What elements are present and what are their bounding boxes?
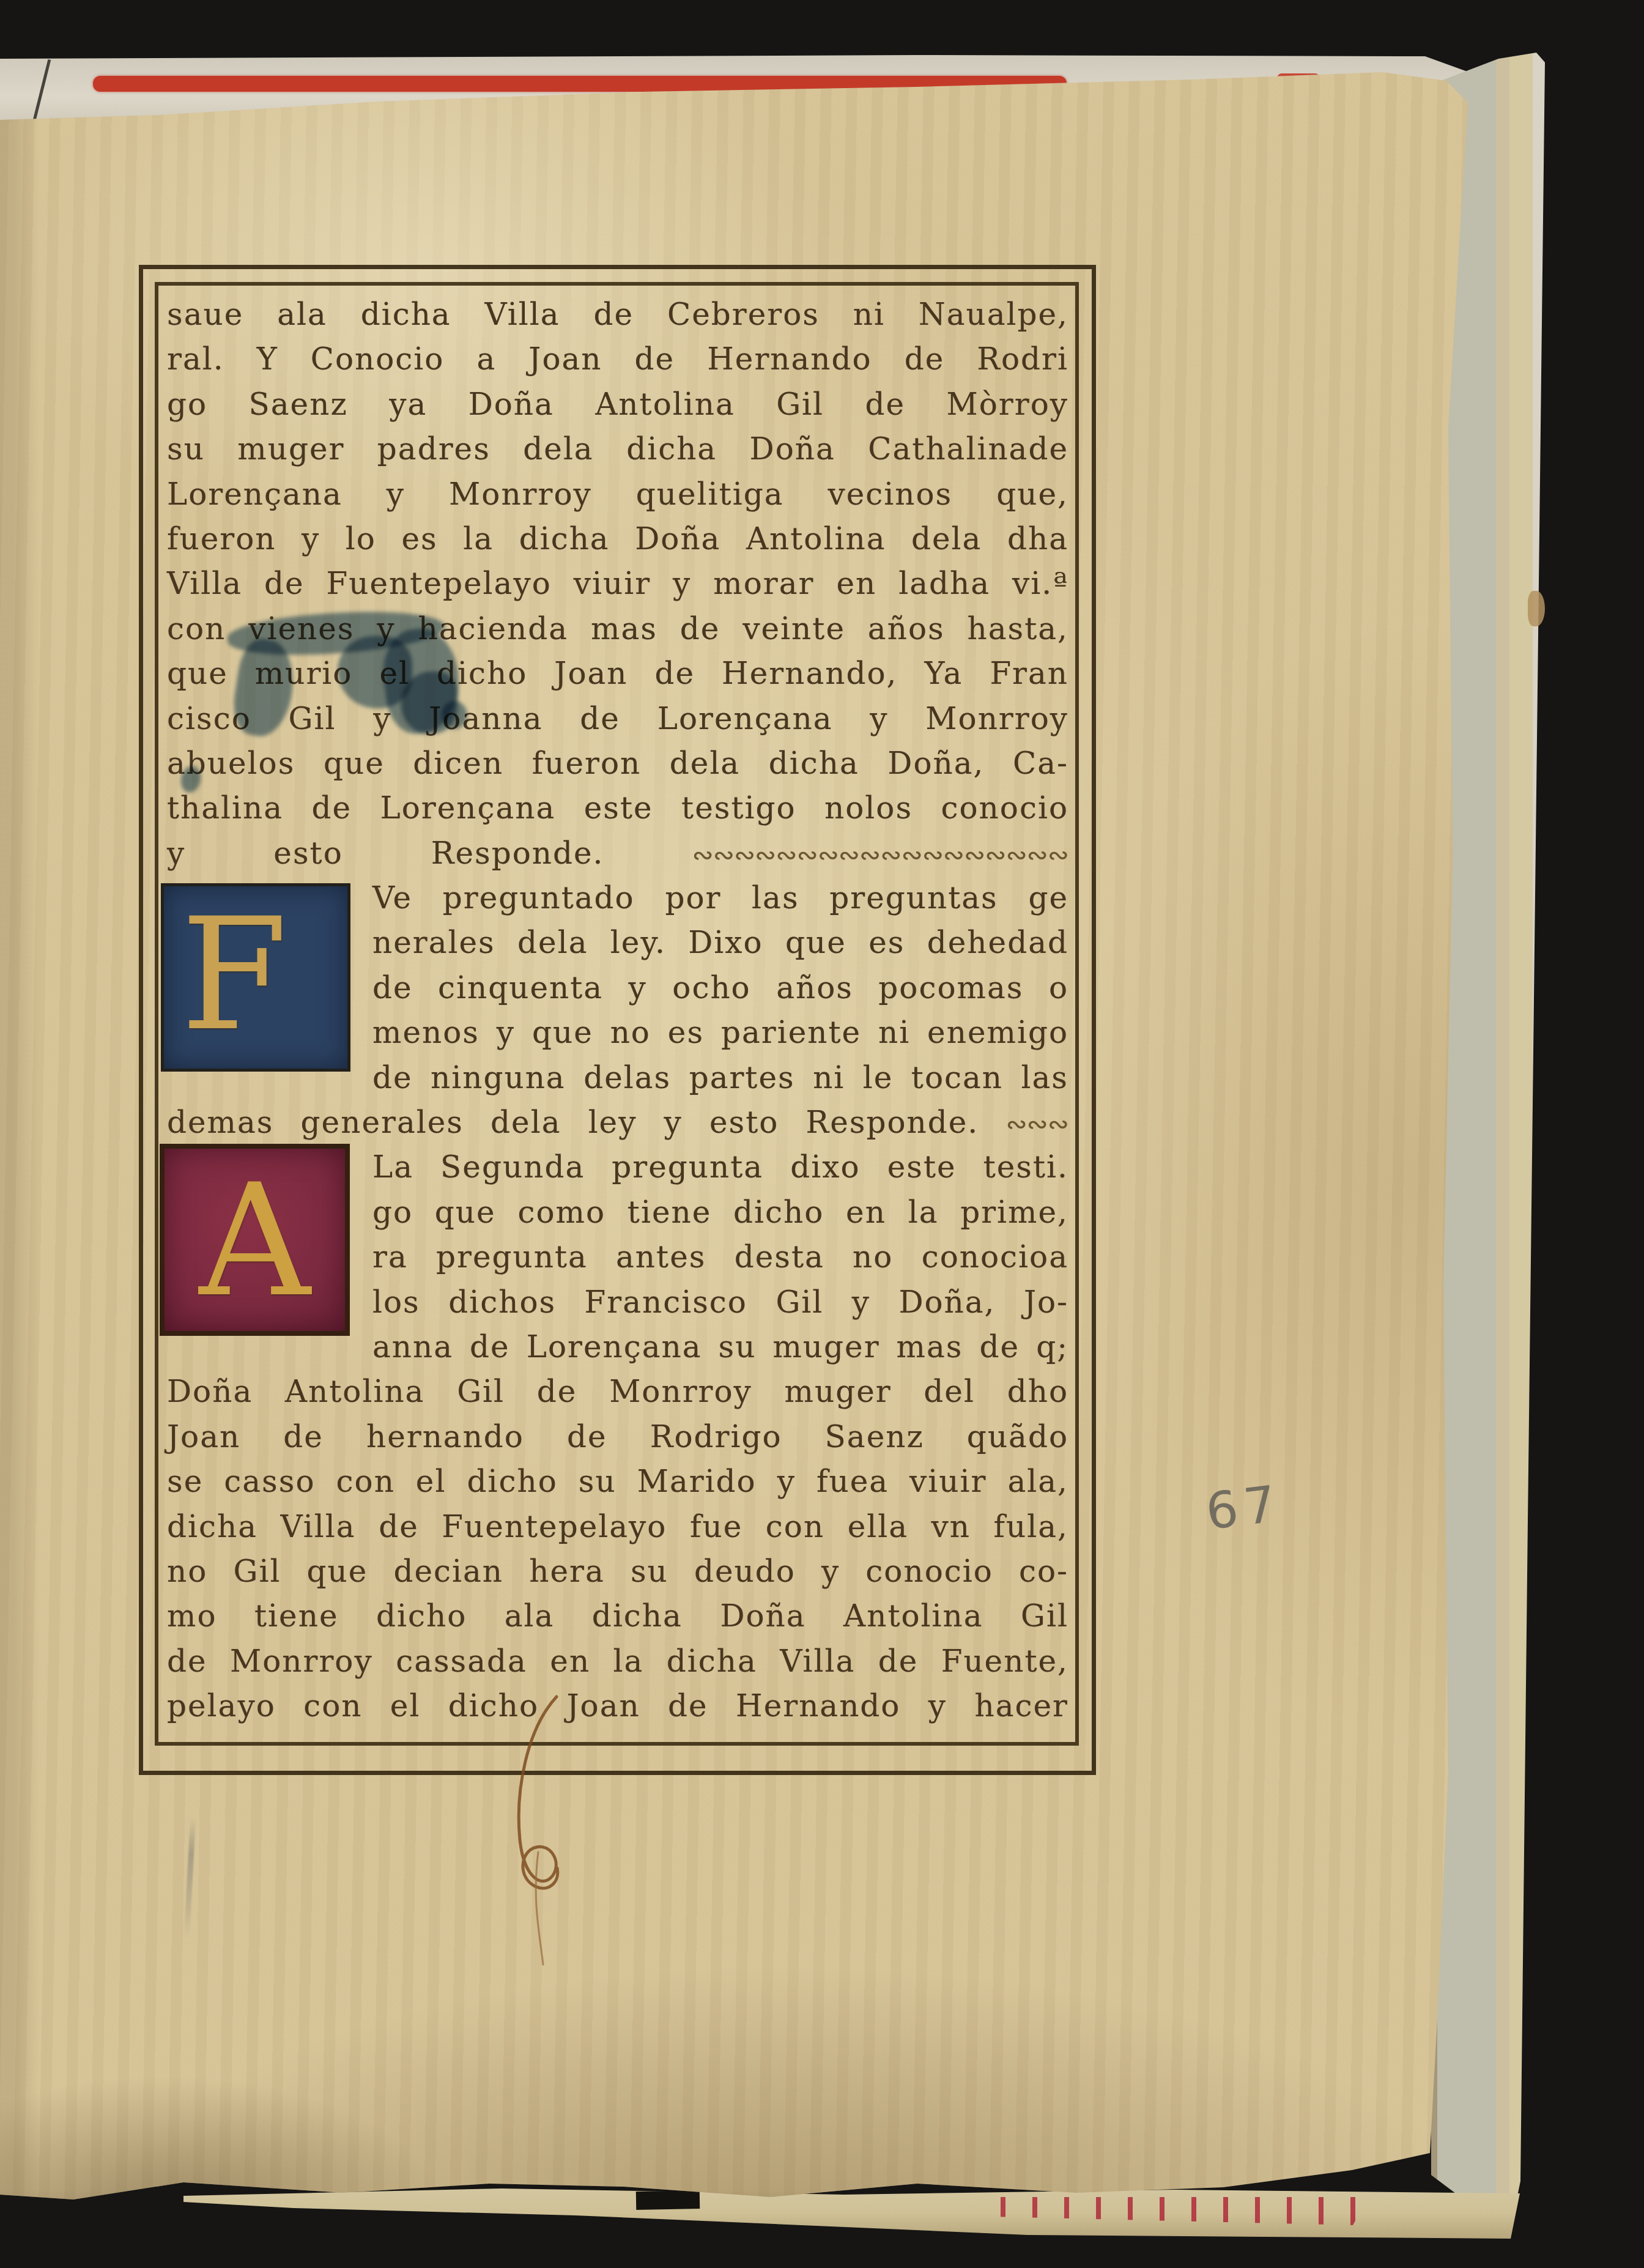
initial-letter-F: F xyxy=(181,899,288,1053)
manuscript-line: thalina de Lorençana este testigo nolos … xyxy=(167,786,1068,831)
manuscript-line: abuelos que dicen fueron dela dicha Doña… xyxy=(167,741,1068,786)
manuscript-line: Villa de Fuentepelayo viuir y morar en l… xyxy=(167,561,1068,606)
fore-edge-tab xyxy=(1528,591,1545,626)
manuscript-line: Lorençana y Monrroy quelitiga vecinos qu… xyxy=(167,472,1068,517)
line-text: y esto Responde. xyxy=(167,836,604,871)
illuminated-initial-A: A xyxy=(160,1144,350,1336)
folio-number: 67 xyxy=(1203,1475,1286,1541)
manuscript-line: Joan de hernando de Rodrigo Saenz quãdo xyxy=(167,1415,1068,1459)
manuscript-line: saue ala dicha Villa de Cebreros ni Naua… xyxy=(167,292,1068,337)
manuscript-line: go Saenz ya Doña Antolina Gil de Mòrroy xyxy=(167,382,1068,427)
manuscript-photograph: saue ala dicha Villa de Cebreros ni Naua… xyxy=(0,0,1644,2268)
manuscript-line-with-flourish: y esto Responde. ∾∾∾∾∾∾∾∾∾∾∾∾∾∾∾∾∾∾ xyxy=(167,831,1068,876)
pen-flourish: ∾∾∾∾∾∾∾∾∾∾∾∾∾∾∾∾∾∾ xyxy=(692,840,1068,870)
manuscript-line: fueron y lo es la dicha Doña Antolina de… xyxy=(167,517,1068,561)
manuscript-line: cisco Gil y Joanna de Lorençana y Monrro… xyxy=(167,697,1068,741)
manuscript-line: pelayo con el dicho Joan de Hernando y h… xyxy=(167,1684,1068,1729)
scribe-rubric-flourish xyxy=(484,1693,607,1968)
manuscript-line-with-flourish: demas generales dela ley y esto Responde… xyxy=(167,1100,1068,1145)
manuscript-line: dicha Villa de Fuentepelayo fue con ella… xyxy=(167,1505,1068,1549)
manuscript-line: mo tiene dicho ala dicha Doña Antolina G… xyxy=(167,1594,1068,1639)
manuscript-line: no Gil que decian hera su deudo y conoci… xyxy=(167,1549,1068,1594)
manuscript-line: que murio el dicho Joan de Hernando, Ya … xyxy=(167,651,1068,696)
line-text: demas generales dela ley y esto Responde… xyxy=(167,1105,979,1140)
blue-ink-blot xyxy=(442,701,467,729)
pen-flourish: ∾∾∾ xyxy=(1005,1109,1068,1139)
manuscript-line: se casso con el dicho su Marido y fuea v… xyxy=(167,1459,1068,1504)
manuscript-line: ral. Y Conocio a Joan de Hernando de Rod… xyxy=(167,337,1068,382)
illuminated-initial-F: F xyxy=(161,883,350,1072)
manuscript-line: de Monrroy cassada en la dicha Villa de … xyxy=(167,1639,1068,1684)
initial-letter-A: A xyxy=(199,1165,311,1319)
manuscript-line: su muger padres dela dicha Doña Cathalin… xyxy=(167,427,1068,472)
manuscript-line: Doña Antolina Gil de Monrroy muger del d… xyxy=(167,1369,1068,1414)
bottom-edge-notch xyxy=(636,2190,700,2210)
